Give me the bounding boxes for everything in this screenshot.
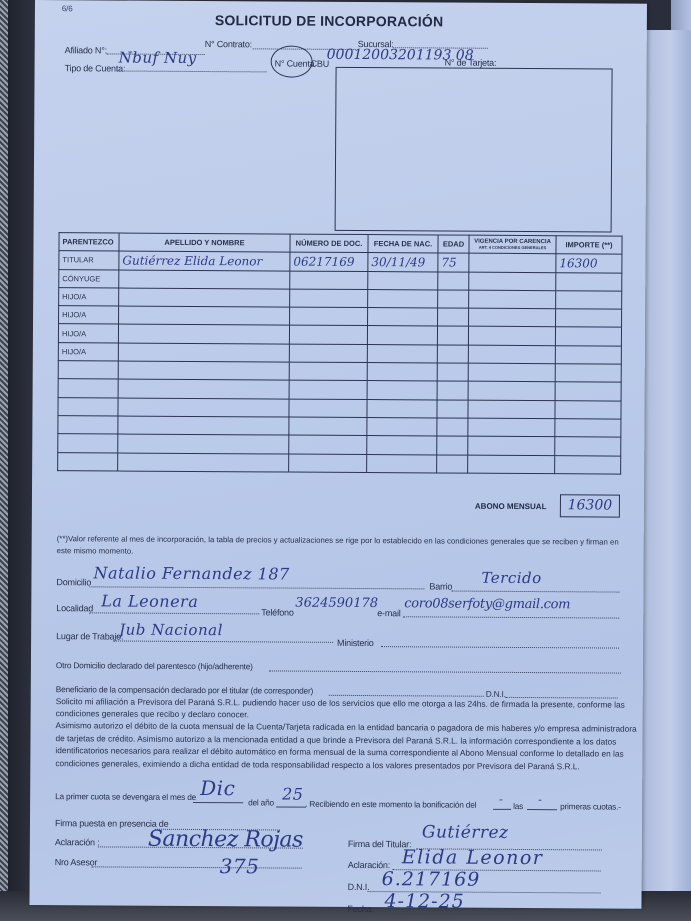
- cell-importe[interactable]: [556, 309, 622, 328]
- table-row: [58, 452, 621, 474]
- cell-fecha[interactable]: [368, 308, 438, 327]
- cell-parentesco: [58, 452, 118, 471]
- barrio-value: Tercido: [481, 569, 541, 587]
- cell-nombre[interactable]: [118, 416, 289, 435]
- cell-doc[interactable]: [289, 399, 367, 418]
- cell-nombre[interactable]: [118, 343, 289, 362]
- domicilio-field[interactable]: [89, 586, 424, 589]
- cell-parentesco: TITULAR: [59, 251, 119, 270]
- cuota-suffix: primeras cuotas.-: [560, 801, 621, 811]
- cell-parentesco: [58, 434, 118, 453]
- cell-fecha[interactable]: [367, 436, 437, 455]
- tipo-cuenta-label: Tipo de Cuenta:: [65, 63, 126, 73]
- cell-doc[interactable]: [289, 326, 367, 345]
- cell-importe[interactable]: [556, 272, 622, 291]
- cell-edad[interactable]: [437, 455, 468, 473]
- cell-parentesco: HIJO/A: [59, 306, 119, 325]
- cell-importe[interactable]: [555, 327, 621, 346]
- cell-nombre[interactable]: [119, 288, 290, 307]
- cell-vigencia[interactable]: [468, 400, 555, 419]
- email-value: coro08serfoty@gmail.com: [404, 596, 570, 612]
- autorizacion-paragraph: Asimismo autorizo el débito de la cuota …: [55, 719, 640, 773]
- cell-edad[interactable]: [437, 381, 468, 399]
- cell-parentesco: HIJO/A: [58, 342, 118, 361]
- tipo-cuenta-value: Nbuf Nuy: [119, 49, 197, 67]
- cell-parentesco: HIJO/A: [58, 324, 118, 343]
- afiliado-label: Afiliado N°:: [65, 45, 107, 55]
- barrio-label: Barrio: [429, 581, 452, 591]
- beneficiario-label: Beneficiario de la compensación declarad…: [56, 684, 313, 696]
- cell-fecha[interactable]: [368, 271, 438, 290]
- photo-box: [335, 67, 613, 233]
- bonificacion-value: -: [499, 793, 503, 806]
- cuenta-label: N° Cuenta: [275, 58, 315, 68]
- ministerio-label: Ministerio: [337, 638, 374, 648]
- cell-nombre[interactable]: [119, 270, 290, 289]
- cell-doc[interactable]: [290, 307, 368, 326]
- cell-nombre[interactable]: [118, 434, 289, 453]
- cell-importe[interactable]: [555, 364, 621, 383]
- cuota-anio-label: del año: [248, 797, 274, 807]
- cell-parentesco: [58, 361, 118, 380]
- cell-vigencia[interactable]: [468, 418, 555, 437]
- cell-vigencia[interactable]: [468, 363, 555, 382]
- cell-vigencia[interactable]: [468, 327, 555, 346]
- cell-parentesco: [58, 397, 118, 416]
- cell-fecha[interactable]: [367, 381, 437, 400]
- trabajo-value: Jub Nacional: [119, 621, 223, 640]
- cell-importe[interactable]: [556, 291, 622, 310]
- otro-domicilio-field[interactable]: [269, 670, 621, 673]
- cell-nombre[interactable]: [118, 325, 289, 344]
- cell-fecha[interactable]: [367, 344, 437, 363]
- cuota-prefix: La primer cuota se devengara el mes de: [55, 791, 196, 802]
- cuotas-count-field[interactable]: [527, 809, 557, 810]
- cell-doc[interactable]: [289, 344, 367, 363]
- fecha-value: 4-12-25: [384, 890, 464, 912]
- bonificacion-field[interactable]: [493, 809, 511, 810]
- cuota-bonificacion-text: . Recibiendo en este momento la bonifica…: [305, 799, 476, 810]
- asesor-signature: Sanchez Rojas: [148, 827, 303, 853]
- cell-edad[interactable]: [437, 400, 468, 418]
- col-importe: IMPORTE (**): [556, 236, 622, 255]
- cell-parentesco: HIJO/A: [59, 288, 119, 307]
- cell-fecha[interactable]: [367, 454, 437, 473]
- col-documento: NÚMERO DE DOC.: [290, 234, 368, 253]
- cell-vigencia[interactable]: [469, 253, 556, 272]
- cell-importe[interactable]: [555, 382, 621, 401]
- cell-doc[interactable]: [289, 417, 367, 436]
- cuota-las-label: las: [513, 801, 523, 811]
- ministerio-field[interactable]: [381, 646, 619, 648]
- application-form-sheet: 6/6 SOLICITUD DE INCORPORACIÓN Afiliado …: [29, 0, 647, 909]
- telefono-value: 3624590178: [295, 596, 378, 612]
- form-title: SOLICITUD DE INCORPORACIÓN: [215, 12, 444, 29]
- cell-importe[interactable]: [555, 419, 621, 438]
- cell-fecha[interactable]: 30/11/49: [368, 253, 438, 272]
- cell-doc[interactable]: [289, 435, 367, 454]
- tarjeta-label: N° de Tarjeta:: [445, 58, 497, 68]
- cell-doc[interactable]: [290, 289, 368, 308]
- cell-edad[interactable]: [438, 272, 469, 290]
- cell-edad[interactable]: [437, 436, 468, 454]
- aclaracion-left-label: Aclaración :: [55, 837, 100, 847]
- cell-doc[interactable]: [290, 271, 368, 290]
- col-parentesco: PARENTEZCO: [59, 233, 119, 252]
- page-number: 6/6: [62, 4, 73, 13]
- cuota-mes-field[interactable]: [193, 802, 243, 803]
- firma-titular-value: Gutiérrez: [422, 822, 509, 843]
- cell-nombre[interactable]: [119, 306, 290, 325]
- dni-titular-value: 6.217169: [382, 868, 481, 891]
- email-field[interactable]: [403, 616, 619, 618]
- cell-edad[interactable]: [437, 418, 468, 436]
- cell-nombre[interactable]: [118, 453, 289, 472]
- email-label: e-mail: [377, 608, 400, 618]
- col-fecha-nac: FECHA DE NAC.: [368, 235, 438, 254]
- cell-nombre[interactable]: [118, 361, 289, 380]
- cell-fecha[interactable]: [367, 326, 437, 345]
- cell-vigencia[interactable]: [469, 272, 556, 291]
- cell-vigencia[interactable]: [469, 308, 556, 327]
- cuota-anio-field[interactable]: [276, 806, 306, 807]
- aclaracion-right-value: Elida Leonor: [402, 846, 544, 869]
- telefono-label: Teléfono: [261, 607, 293, 617]
- pricing-note: (**)Valor referente al mes de incorporac…: [57, 533, 627, 560]
- cell-edad[interactable]: [437, 363, 468, 381]
- localidad-field[interactable]: [89, 612, 259, 614]
- members-table: PARENTEZCO APELLIDO Y NOMBRE NÚMERO DE D…: [57, 232, 622, 474]
- cuota-anio-value: 25: [282, 785, 303, 804]
- cell-edad[interactable]: [438, 308, 469, 326]
- cell-doc[interactable]: [289, 454, 367, 473]
- col-nombre: APELLIDO Y NOMBRE: [119, 233, 290, 252]
- cell-nombre[interactable]: [118, 379, 289, 398]
- asesor-value: 375: [220, 854, 260, 878]
- trabajo-field[interactable]: [113, 640, 333, 642]
- cell-fecha[interactable]: [367, 418, 437, 437]
- solicitud-paragraph: Solicito mi afiliación a Previsora del P…: [56, 695, 641, 723]
- fabric-background: [0, 0, 8, 921]
- localidad-value: La Leonera: [101, 591, 198, 611]
- cell-fecha[interactable]: [367, 399, 437, 418]
- cell-edad[interactable]: [438, 290, 469, 308]
- asesor-field[interactable]: [92, 866, 302, 868]
- cell-vigencia[interactable]: [468, 382, 555, 401]
- col-edad: EDAD: [438, 235, 469, 253]
- dni-titular-label: D.N.I.: [348, 882, 370, 892]
- domicilio-label: Domicilio: [56, 577, 91, 587]
- cell-importe[interactable]: [555, 455, 621, 474]
- tipo-cuenta-field[interactable]: [117, 70, 267, 72]
- cell-parentesco: [58, 379, 118, 398]
- otro-domicilio-label: Otro Domicilio declarado del parentesco …: [56, 660, 253, 671]
- cell-doc[interactable]: 06217169: [290, 252, 368, 271]
- cell-nombre[interactable]: Gutiérrez Elida Leonor: [119, 251, 290, 270]
- abono-mensual-value[interactable]: 16300: [560, 494, 620, 517]
- col-vigencia: VIGENCIA POR CARENCIA ART. 4 CONDICIONES…: [469, 235, 556, 254]
- cuota-mes-value: Dic: [200, 776, 235, 800]
- cell-nombre[interactable]: [118, 398, 289, 417]
- cell-edad[interactable]: 75: [438, 253, 469, 271]
- domicilio-value: Natalio Fernandez 187: [93, 563, 289, 583]
- cell-importe[interactable]: [555, 400, 621, 419]
- cell-importe[interactable]: 16300: [556, 254, 622, 273]
- cell-edad[interactable]: [437, 345, 468, 363]
- cell-vigencia[interactable]: [469, 290, 556, 309]
- cell-edad[interactable]: [437, 326, 468, 344]
- localidad-label: Localidad: [56, 603, 93, 613]
- cell-doc[interactable]: [289, 362, 367, 381]
- abono-mensual-label: ABONO MENSUAL: [475, 502, 547, 511]
- cell-vigencia[interactable]: [468, 455, 555, 474]
- cuotas-count-value: -: [538, 793, 542, 806]
- contrato-label: N° Contrato:: [205, 39, 252, 49]
- cell-importe[interactable]: [555, 437, 621, 456]
- col-vigencia-sublabel: ART. 4 CONDICIONES GENERALES: [472, 244, 552, 250]
- cell-vigencia[interactable]: [468, 436, 555, 455]
- barrio-field[interactable]: [451, 591, 619, 593]
- cell-fecha[interactable]: [368, 289, 438, 308]
- cell-vigencia[interactable]: [468, 345, 555, 364]
- cell-parentesco: CÓNYUGE: [59, 269, 119, 288]
- cell-fecha[interactable]: [367, 363, 437, 382]
- cell-importe[interactable]: [555, 345, 621, 364]
- fecha-label: Fecha:: [347, 904, 373, 914]
- cell-parentesco: [58, 416, 118, 435]
- cell-doc[interactable]: [289, 380, 367, 399]
